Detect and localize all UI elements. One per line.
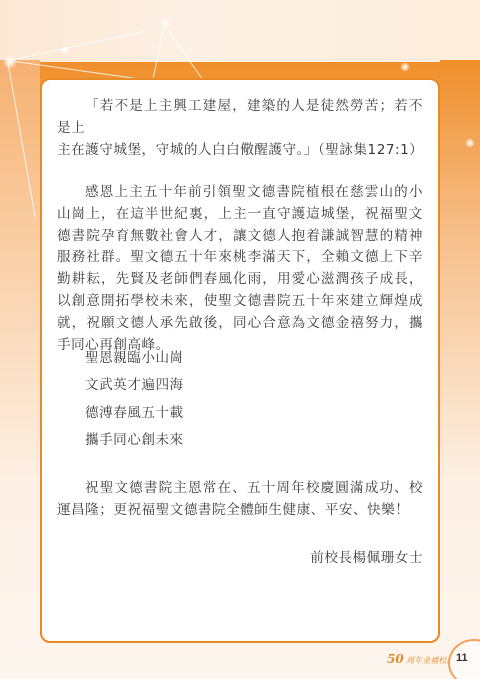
background-left-strip <box>0 60 40 480</box>
quote-line-1: 「若不是上主興工建屋，建築的人是徒然勞苦；若不是上 <box>57 96 423 140</box>
message-card: 「若不是上主興工建屋，建築的人是徒然勞苦；若不是上 主在護守城堡，守城的人白白儆… <box>40 78 440 643</box>
sparkle <box>400 62 410 72</box>
sparkle <box>60 45 70 55</box>
sparkle <box>160 18 170 28</box>
signature: 前校長楊佩珊女士 <box>310 546 423 566</box>
scripture-quote: 「若不是上主興工建屋，建築的人是徒然勞苦；若不是上 主在護守城堡，守城的人白白儆… <box>57 96 423 161</box>
sparkle <box>3 55 17 69</box>
background-top <box>0 0 480 62</box>
poem-line-3: 德溥春風五十載 <box>85 401 184 421</box>
quote-line-2: 主在護守城堡，守城的人白白儆醒護守。」（聖詠集127:1） <box>57 140 423 162</box>
blessing-paragraph: 祝聖文德書院主恩常在、五十周年校慶圓滿成功、校運昌隆；更祝福聖文德書院全體師生健… <box>57 478 423 522</box>
sparkle <box>465 138 475 148</box>
background-right-strip <box>440 60 480 480</box>
page-number: 11 <box>456 652 468 664</box>
poem-line-4: 攜手同心創未來 <box>85 428 184 448</box>
anniversary-logo: 50 周年金禧校慶 <box>387 652 454 666</box>
poem-line-1: 聖恩親臨小山崗 <box>85 346 184 366</box>
body-paragraph: 感恩上主五十年前引領聖文德書院植根在慈雲山的小山崗上，在這半世紀裏，上主一直守護… <box>57 182 423 356</box>
logo-number: 50 <box>387 652 404 666</box>
poem-line-2: 文武英才遍四海 <box>85 373 184 393</box>
